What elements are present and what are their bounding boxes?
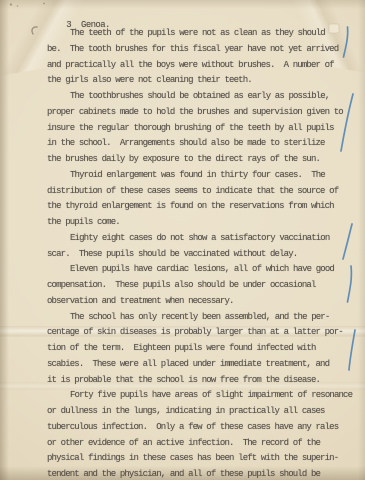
text-line: it is probable that the school is now fr… bbox=[47, 373, 349, 389]
paper-speck bbox=[10, 3, 12, 5]
text-line: tion of the term. Eighteen pupils were f… bbox=[47, 341, 349, 357]
text-line: centage of skin diseases is probably lar… bbox=[47, 325, 349, 341]
text-line: scabies. These were all placed under imm… bbox=[47, 357, 349, 373]
text-line: and practically all the boys were withou… bbox=[47, 58, 349, 74]
text-line: or dullness in the lungs, indicating in … bbox=[47, 404, 349, 420]
text-line: proper cabinets made to hold the brushes… bbox=[47, 105, 349, 121]
paper-flaw-mark bbox=[32, 27, 37, 34]
text-line: the brushes daily by exposure to the dir… bbox=[47, 152, 349, 168]
text-line: The teeth of the pupils were not as clea… bbox=[47, 26, 349, 42]
text-line: or other evidence of an active infection… bbox=[47, 436, 349, 452]
text-line: The toothbrushes should be obtained as e… bbox=[47, 89, 349, 105]
text-line: insure the regular thorough brushing of … bbox=[47, 121, 349, 137]
text-line: tendent and the physician, and all of th… bbox=[47, 467, 349, 480]
text-line: the girls also were not cleaning their t… bbox=[47, 73, 349, 89]
text-line: in the school. Arrangements should also … bbox=[47, 136, 349, 152]
text-line: Thyroid enlargement was found in thirty … bbox=[47, 168, 349, 184]
text-line: observation and treatment when necessary… bbox=[47, 294, 349, 310]
margin-mark-5 bbox=[349, 330, 355, 370]
document-page: 3Genoa. The teeth of the pupils were not… bbox=[0, 0, 365, 480]
text-line: be. The tooth brushes for this fiscal ye… bbox=[47, 42, 349, 58]
text-line: tuberculous infection. Only a few of the… bbox=[47, 420, 349, 436]
text-line: scar. These pupils should be vaccinated … bbox=[47, 247, 349, 263]
paper-speck bbox=[17, 5, 19, 7]
typewritten-text: The teeth of the pupils were not as clea… bbox=[47, 26, 349, 480]
text-line: physical findings in these cases has bee… bbox=[47, 451, 349, 467]
paper-speck bbox=[43, 3, 45, 5]
text-line: distribution of these cases seems to ind… bbox=[47, 184, 349, 200]
text-line: the pupils come. bbox=[47, 215, 349, 231]
text-line: Eighty eight cases do not show a satisfa… bbox=[47, 231, 349, 247]
text-line: Eleven pupils have cardiac lesions, all … bbox=[47, 262, 349, 278]
text-line: compensation. These pupils also should b… bbox=[47, 278, 349, 294]
text-line: Forty five pupils have areas of slight i… bbox=[47, 388, 349, 404]
text-line: the thyroid enlargement is found on the … bbox=[47, 199, 349, 215]
text-line: The school has only recently been assemb… bbox=[47, 310, 349, 326]
